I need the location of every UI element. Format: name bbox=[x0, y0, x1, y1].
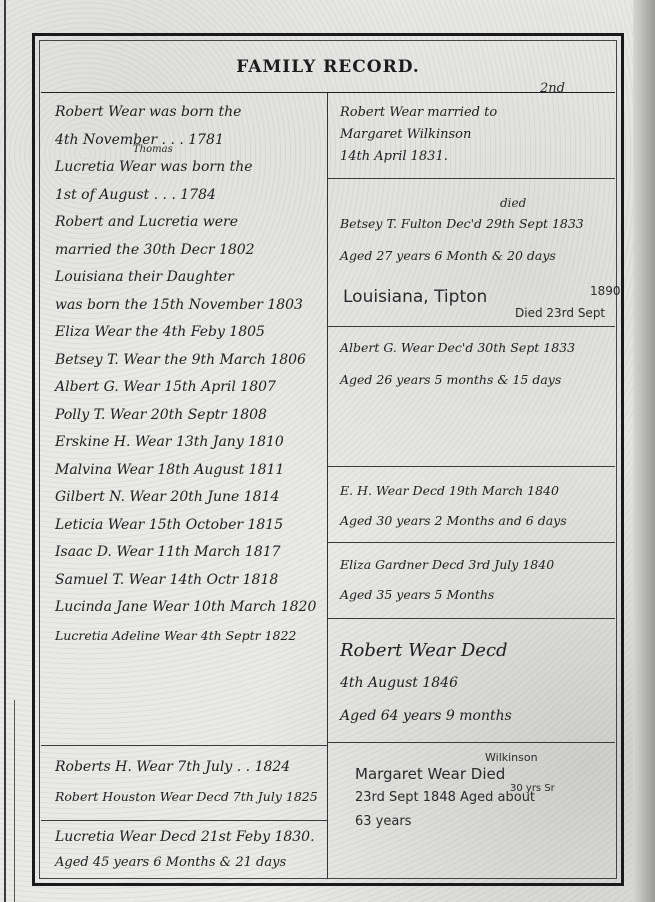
entry-eliza-birth: Eliza Wear the 4th Feby 1805 bbox=[55, 319, 316, 347]
entry-robert-houston-death: Robert Houston Wear Decd 7th July 1825 bbox=[55, 782, 318, 812]
left-births-list: Robert Wear was born the 4th November . … bbox=[55, 99, 316, 649]
robert-age-line: Aged 64 years 9 months bbox=[340, 700, 512, 733]
margaret-death-date: 23rd Sept 1848 Aged about bbox=[355, 786, 535, 810]
erskine-death-entry: E. H. Wear Decd 19th March 1840 Aged 30 … bbox=[340, 476, 567, 536]
robert-death-line: Robert Wear Decd bbox=[340, 634, 512, 667]
right-section-divider bbox=[328, 326, 615, 327]
left-section-divider bbox=[41, 745, 327, 746]
entry-lucretia-birth: Lucretia Wear was born the bbox=[55, 154, 316, 182]
entry-robert-birth-date: 4th November . . . 1781 bbox=[55, 127, 316, 155]
entry-polly-birth: Polly T. Wear 20th Septr 1808 bbox=[55, 402, 316, 430]
betsey-age-line: Aged 27 years 6 Month & 20 days bbox=[340, 240, 584, 272]
right-section-divider bbox=[328, 618, 615, 619]
page-edge-line bbox=[4, 0, 6, 902]
entry-samuel-birth: Samuel T. Wear 14th Octr 1818 bbox=[55, 567, 316, 595]
left-section-divider bbox=[41, 820, 327, 821]
right-section-divider bbox=[328, 466, 615, 467]
erskine-death-line: E. H. Wear Decd 19th March 1840 bbox=[340, 476, 567, 506]
betsey-death-line: Betsey T. Fulton Dec'd 29th Sept 1833 bbox=[340, 208, 584, 240]
right-section-divider bbox=[328, 742, 615, 743]
robert-death-entry: Robert Wear Decd 4th August 1846 Aged 64… bbox=[340, 634, 512, 733]
erskine-age-line: Aged 30 years 2 Months and 6 days bbox=[340, 506, 567, 536]
marriage-line-1: Robert Wear married to bbox=[340, 102, 497, 124]
entry-isaac-birth: Isaac D. Wear 11th March 1817 bbox=[55, 539, 316, 567]
right-section-divider bbox=[328, 178, 615, 179]
title-divider bbox=[41, 92, 615, 93]
column-divider bbox=[327, 93, 328, 879]
marriage-line-2: Margaret Wilkinson bbox=[340, 124, 497, 146]
entry-louisiana-birth: Louisiana their Daughter bbox=[55, 264, 316, 292]
louisiana-tipton-note: Louisiana, Tipton bbox=[343, 284, 487, 312]
page-title: FAMILY RECORD. bbox=[35, 57, 621, 77]
left-section-2: Roberts H. Wear 7th July . . 1824 Robert… bbox=[55, 752, 318, 812]
betsey-death-entry: Betsey T. Fulton Dec'd 29th Sept 1833 Ag… bbox=[340, 208, 584, 272]
marriage-line-3: 14th April 1831. bbox=[340, 146, 497, 168]
binding-shadow bbox=[633, 0, 655, 902]
margaret-death-line: Margaret Wear Died bbox=[355, 762, 535, 786]
albert-death-entry: Albert G. Wear Dec'd 30th Sept 1833 Aged… bbox=[340, 332, 575, 396]
entry-louisiana-birth-date: was born the 15th November 1803 bbox=[55, 292, 316, 320]
record-frame: FAMILY RECORD. Robert Wear was born the … bbox=[32, 33, 624, 886]
marriage-entry: Robert Wear married to Margaret Wilkinso… bbox=[340, 102, 497, 168]
entry-lucretia-adeline-birth: Lucretia Adeline Wear 4th Septr 1822 bbox=[55, 622, 316, 650]
eliza-death-line: Eliza Gardner Decd 3rd July 1840 bbox=[340, 550, 554, 580]
entry-marriage: Robert and Lucretia were bbox=[55, 209, 316, 237]
entry-erskine-birth: Erskine H. Wear 13th Jany 1810 bbox=[55, 429, 316, 457]
margaret-death-entry: Margaret Wear Died 23rd Sept 1848 Aged a… bbox=[355, 762, 535, 834]
entry-gilbert-birth: Gilbert N. Wear 20th June 1814 bbox=[55, 484, 316, 512]
right-section-divider bbox=[328, 542, 615, 543]
left-section-3: Lucretia Wear Decd 21st Feby 1830. Aged … bbox=[55, 824, 315, 876]
robert-death-date: 4th August 1846 bbox=[340, 667, 512, 700]
entry-malvina-birth: Malvina Wear 18th August 1811 bbox=[55, 457, 316, 485]
eliza-death-entry: Eliza Gardner Decd 3rd July 1840 Aged 35… bbox=[340, 550, 554, 610]
albert-death-line: Albert G. Wear Dec'd 30th Sept 1833 bbox=[340, 332, 575, 364]
entry-robert-birth: Robert Wear was born the bbox=[55, 99, 316, 127]
albert-age-line: Aged 26 years 5 months & 15 days bbox=[340, 364, 575, 396]
eliza-age-line: Aged 35 years 5 Months bbox=[340, 580, 554, 610]
annotation-2nd: 2nd bbox=[540, 81, 565, 96]
page-edge-line bbox=[14, 700, 15, 902]
entry-lucinda-birth: Lucinda Jane Wear 10th March 1820 bbox=[55, 594, 316, 622]
entry-leticia-birth: Leticia Wear 15th October 1815 bbox=[55, 512, 316, 540]
annotation-thomas: Thomas bbox=[133, 144, 173, 155]
entry-lucretia-birth-date: 1st of August . . . 1784 bbox=[55, 182, 316, 210]
entry-marriage-date: married the 30th Decr 1802 bbox=[55, 237, 316, 265]
entry-betsey-birth: Betsey T. Wear the 9th March 1806 bbox=[55, 347, 316, 375]
entry-albert-birth: Albert G. Wear 15th April 1807 bbox=[55, 374, 316, 402]
entry-roberts-h-birth: Roberts H. Wear 7th July . . 1824 bbox=[55, 752, 318, 782]
louisiana-death-date: Died 23rd Sept bbox=[515, 306, 605, 320]
entry-lucretia-age: Aged 45 years 6 Months & 21 days bbox=[55, 850, 315, 876]
margaret-age-line: 63 years bbox=[355, 810, 535, 834]
louisiana-death-year: 1890 bbox=[590, 284, 621, 298]
entry-lucretia-death: Lucretia Wear Decd 21st Feby 1830. bbox=[55, 824, 315, 850]
